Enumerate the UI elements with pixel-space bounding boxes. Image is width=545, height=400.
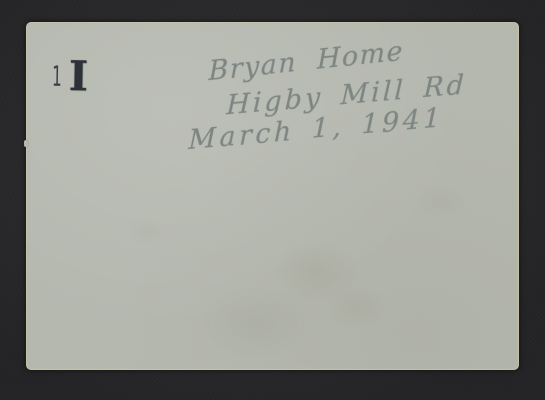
photo-mount-background: 1 I Bryan Home Higby Mill Rd March 1, 19… <box>0 0 545 400</box>
number-stamp: 1 I <box>48 56 89 98</box>
photo-back-card: 1 I Bryan Home Higby Mill Rd March 1, 19… <box>26 22 519 370</box>
stamp-bold-digit: I <box>68 56 88 97</box>
card-edge-nick <box>24 140 28 147</box>
stamp-thin-digit: 1 <box>52 63 62 91</box>
